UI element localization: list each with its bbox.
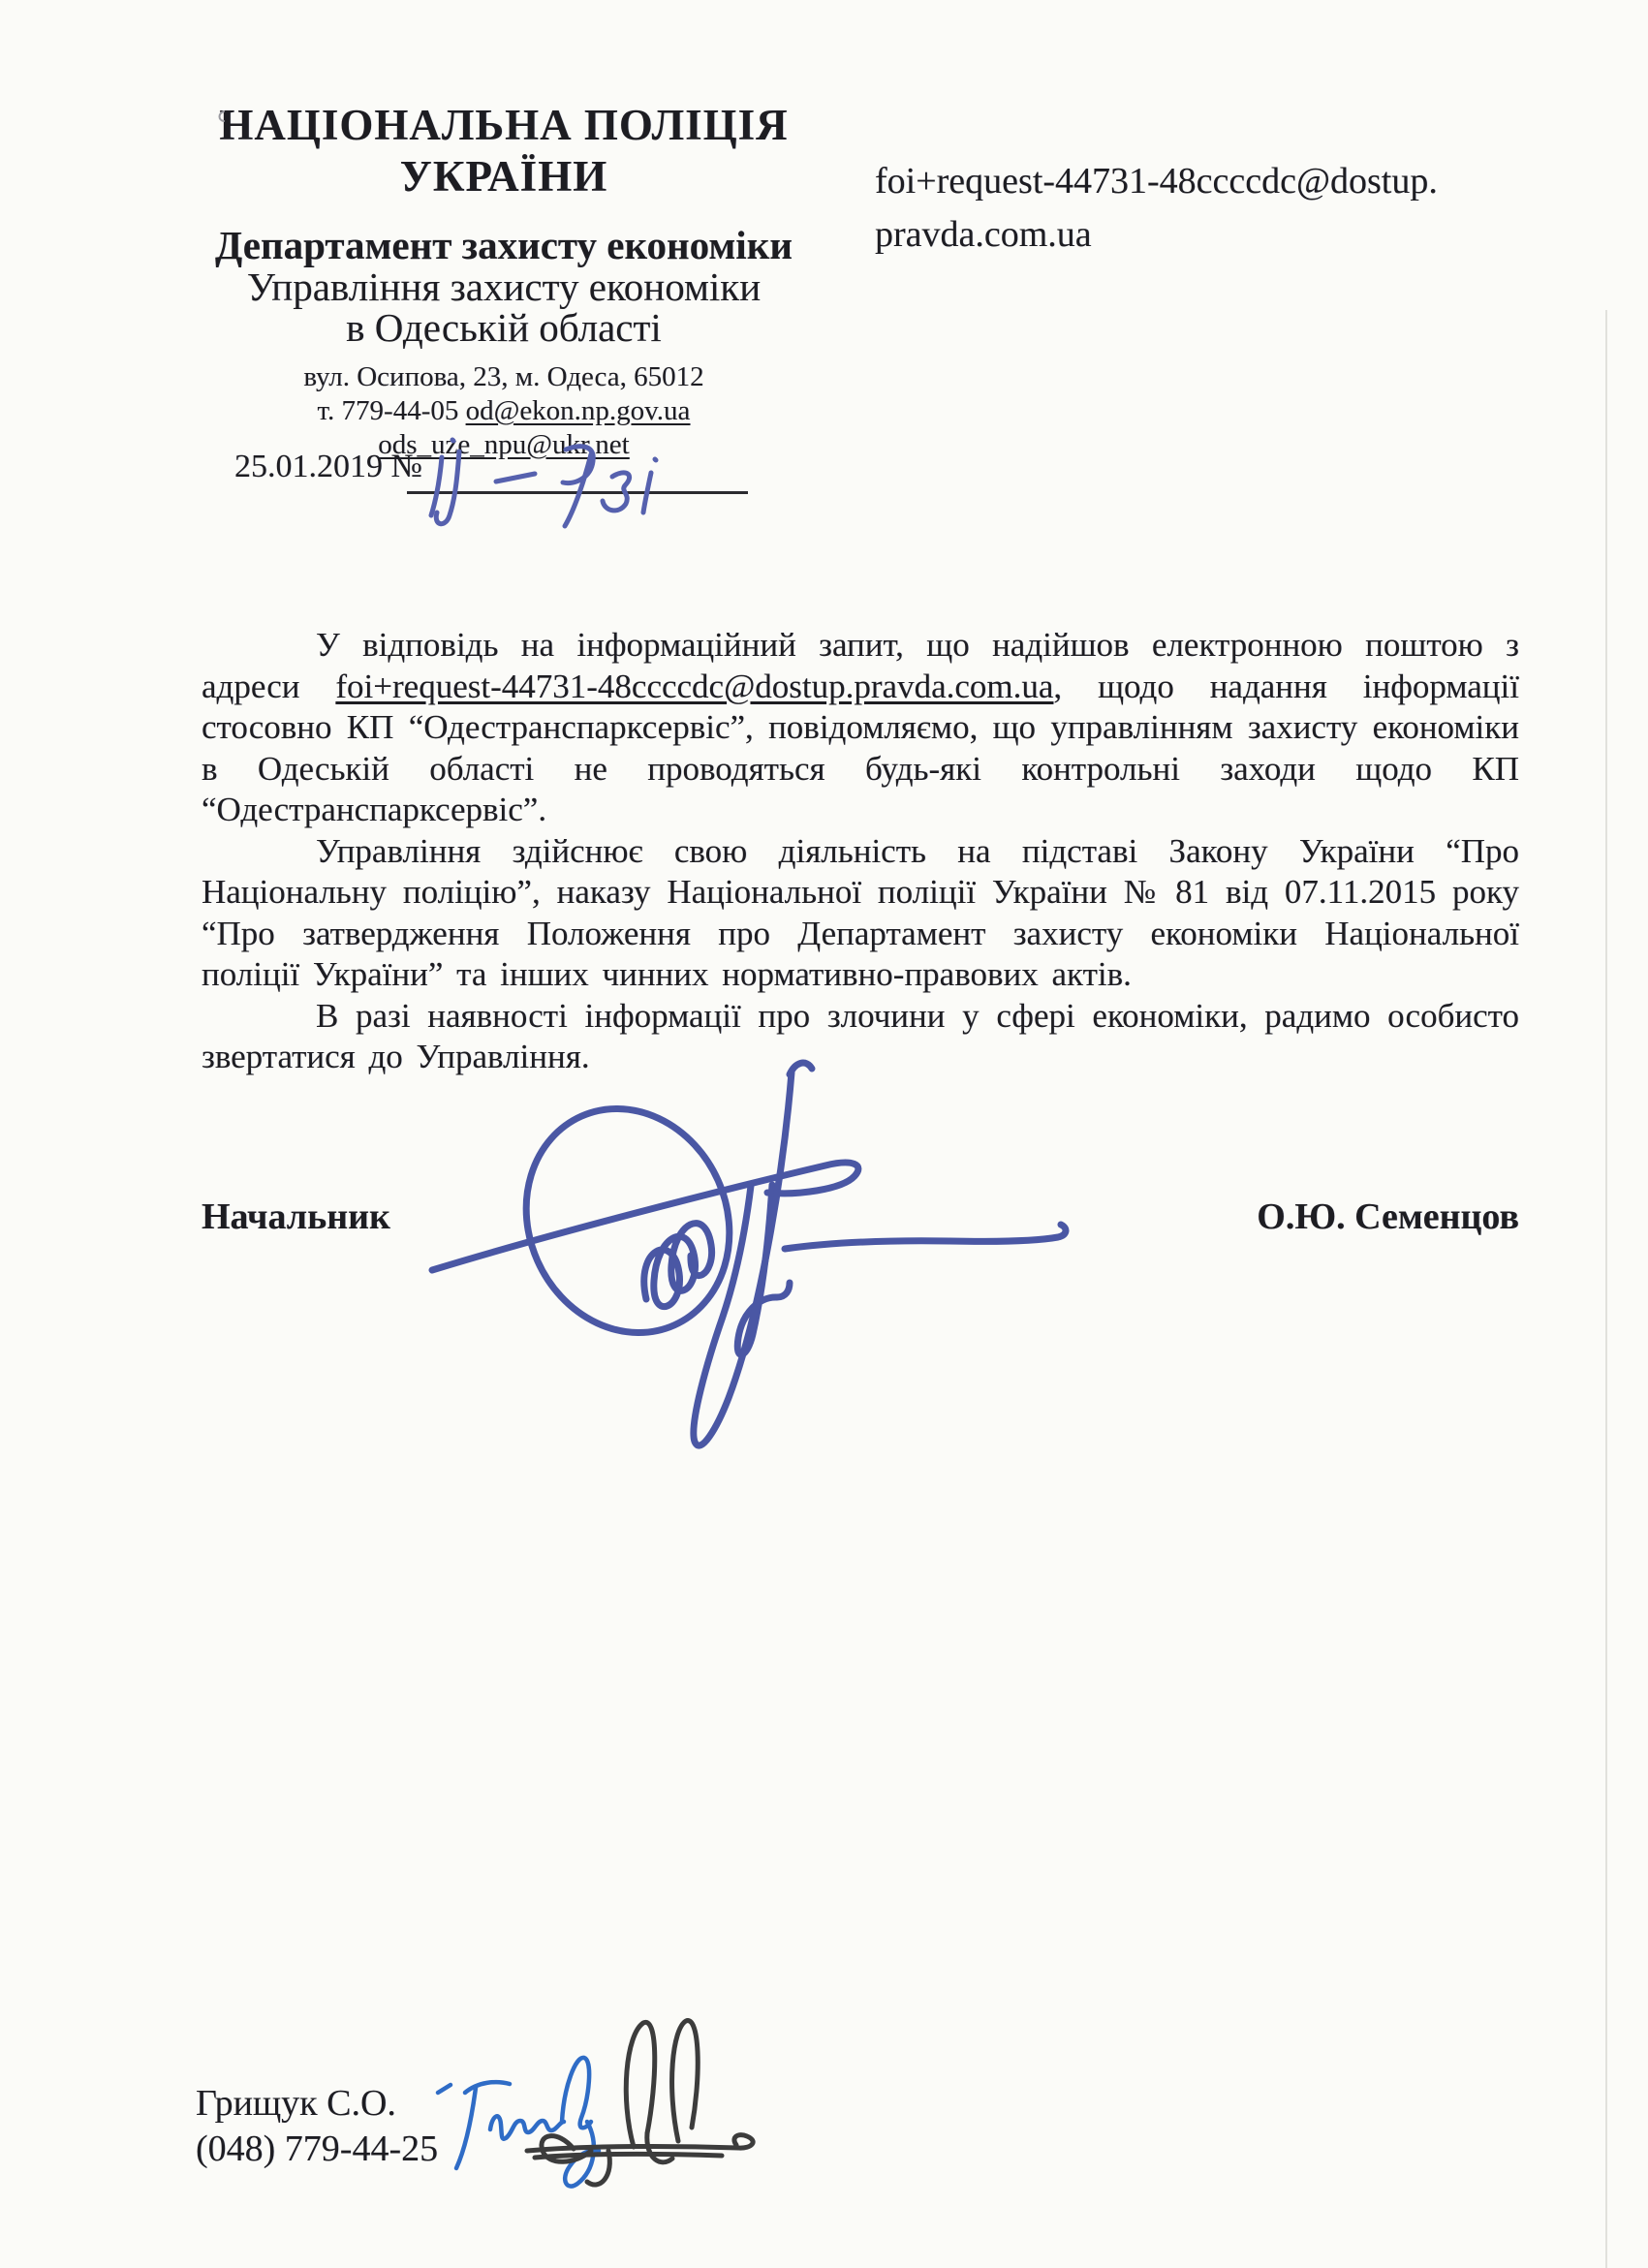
signer-position-title: Начальник — [202, 1196, 390, 1238]
executor-paraph-dark-ink — [527, 2021, 753, 2185]
phone-and-email-line: т. 779-44-05 od@ekon.np.gov.ua — [145, 394, 862, 428]
paragraph-2: Управління здійснює свою діяльність на п… — [202, 831, 1519, 996]
executor-name: Грищук С.О. — [196, 2081, 438, 2127]
letterhead: НАЦІОНАЛЬНА ПОЛІЦІЯ УКРАЇНИ Департамент … — [145, 100, 862, 462]
phone-number: т. 779-44-05 — [318, 395, 459, 426]
executor-signature-ink — [426, 2004, 756, 2212]
request-email-inline: foi+request-44731-48ccccdc@dostup.pravda… — [335, 668, 1053, 705]
unit-region: в Одеській області — [145, 307, 862, 348]
department-name: Департамент захисту економіки — [145, 224, 862, 266]
department-email: od@ekon.np.gov.ua — [466, 395, 691, 426]
organization-name: НАЦІОНАЛЬНА ПОЛІЦІЯ УКРАЇНИ — [145, 100, 862, 202]
letter-date: 25.01.2019 — [234, 449, 383, 484]
letter-body: У відповідь на інформаційний запит, що н… — [202, 625, 1519, 1078]
director-signature-ink — [407, 1041, 1085, 1468]
signer-name: О.Ю. Семенцов — [1257, 1196, 1519, 1238]
organization-name-line1: НАЦІОНАЛЬНА ПОЛІЦІЯ — [145, 100, 862, 151]
postal-address: вул. Осипова, 23, м. Одеса, 65012 — [145, 360, 862, 394]
scan-edge-line — [1605, 310, 1607, 2268]
letter-page: НАЦІОНАЛЬНА ПОЛІЦІЯ УКРАЇНИ Департамент … — [0, 0, 1648, 2268]
paragraph-1: У відповідь на інформаційний запит, що н… — [202, 625, 1519, 831]
executor-block: Грищук С.О. (048) 779-44-25 — [196, 2081, 438, 2172]
executor-phone: (048) 779-44-25 — [196, 2127, 438, 2172]
organization-name-line2: УКРАЇНИ — [145, 151, 862, 202]
scan-speck — [215, 109, 229, 126]
reference-dateline: 25.01.2019 № — [234, 449, 422, 485]
executor-signature-blue-ink — [438, 2058, 599, 2187]
recipient-email-line1: foi+request-44731-48ccccdc@dostup. — [875, 155, 1534, 208]
handwritten-registration-number-ink — [419, 430, 709, 532]
unit-name: Управління захисту економіки — [145, 266, 862, 307]
recipient-email: foi+request-44731-48ccccdc@dostup. pravd… — [875, 155, 1534, 262]
recipient-email-line2: pravda.com.ua — [875, 208, 1534, 262]
